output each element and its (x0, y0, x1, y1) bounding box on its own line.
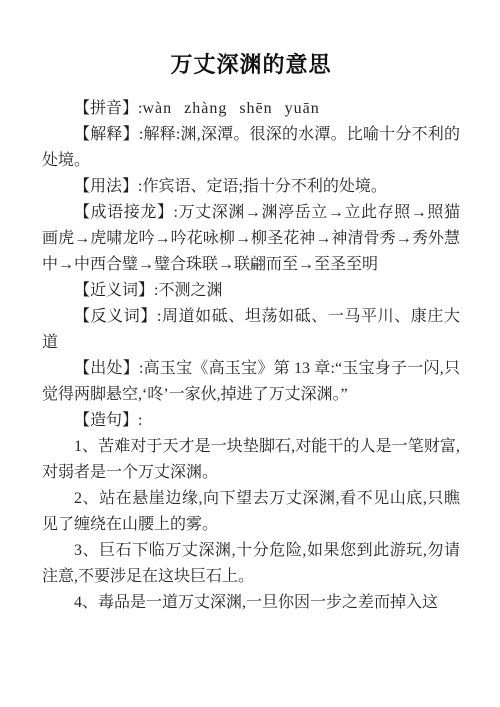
entry-idiom-chain-label: 【成语接龙】 (74, 204, 174, 221)
example-sentence-3: 3、巨石下临万丈深渊,十分危险,如果您到此游玩,勿请注意,不要涉足在这块巨石上。 (42, 538, 460, 590)
entry-usage-text: 作宾语、定语;指十分不利的处境。 (142, 178, 386, 195)
example-sentence-1: 1、苦难对于天才是一块垫脚石,对能干的人是一笔财富,对弱者是一个万丈深渊。 (42, 434, 460, 486)
entry-idiom-chain: 【成语接龙】:万丈深渊→渊渟岳立→立此存照→照猫画虎→虎啸龙吟→吟花咏柳→柳圣花… (42, 200, 460, 278)
example-sentence-4: 4、毒品是一道万丈深渊,一旦你因一步之差而掉入这 (42, 590, 460, 616)
entry-pinyin-text: wàn zhàng shēn yuān (142, 100, 319, 117)
document-page: 万丈深渊的意思 【拼音】:wàn zhàng shēn yuān 【解释】:解释… (0, 0, 500, 707)
example-sentence-2: 2、站在悬崖边缘,向下望去万丈深渊,看不见山底,只瞧见了缠绕在山腰上的雾。 (42, 486, 460, 538)
entry-example-heading: 【造句】: (42, 408, 460, 434)
entry-antonym-label: 【反义词】 (74, 308, 157, 325)
entry-pinyin-label: 【拼音】 (74, 100, 138, 117)
entry-pinyin: 【拼音】:wàn zhàng shēn yuān (42, 96, 460, 122)
entry-synonym: 【近义词】:不测之渊 (42, 278, 460, 304)
entry-source-label: 【出处】 (74, 360, 139, 377)
entry-colon: : (138, 412, 142, 429)
entry-synonym-label: 【近义词】 (74, 282, 154, 299)
entry-example-heading-label: 【造句】 (74, 412, 138, 429)
entry-explanation: 【解释】:解释:渊,深潭。很深的水潭。比喻十分不利的处境。 (42, 122, 460, 174)
entry-synonym-text: 不测之渊 (158, 282, 222, 299)
entry-explanation-label: 【解释】 (74, 126, 139, 143)
entry-usage: 【用法】:作宾语、定语;指十分不利的处境。 (42, 174, 460, 200)
entry-usage-label: 【用法】 (74, 178, 138, 195)
entry-source: 【出处】:高玉宝《高玉宝》第 13 章:“玉宝身子一闪,只觉得两脚悬空,‘咚’一… (42, 356, 460, 408)
page-title: 万丈深渊的意思 (42, 50, 460, 80)
entry-antonym: 【反义词】:周道如砥、坦荡如砥、一马平川、康庄大道 (42, 304, 460, 356)
